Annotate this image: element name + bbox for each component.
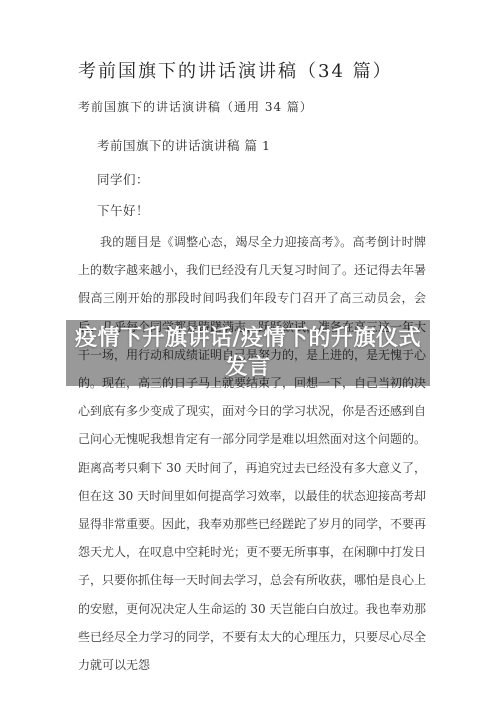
salutation-line: 同学们： bbox=[97, 170, 149, 188]
document-page: 考前国旗下的讲话演讲稿（34 篇） 考前国旗下的讲话演讲稿（通用 34 篇） 考… bbox=[0, 0, 500, 706]
document-title: 考前国旗下的讲话演讲稿（34 篇） bbox=[78, 57, 393, 83]
banner-title-line2: 发言 bbox=[225, 353, 270, 382]
section-heading: 考前国旗下的讲话演讲稿 篇 1 bbox=[97, 136, 270, 154]
banner-title-line1: 疫情下升旗讲话/疫情下的升旗仪式 bbox=[75, 324, 421, 353]
greeting-line: 下午好！ bbox=[97, 201, 149, 219]
speech-body-paragraph: 我的题目是《调整心态，竭尽全力迎接高考》。高考倒计时牌上的数字越来越小，我们已经… bbox=[78, 228, 426, 679]
document-subtitle: 考前国旗下的讲话演讲稿（通用 34 篇） bbox=[78, 98, 313, 115]
overlay-caption-banner: 疫情下升旗讲话/疫情下的升旗仪式 发言 bbox=[66, 320, 430, 386]
